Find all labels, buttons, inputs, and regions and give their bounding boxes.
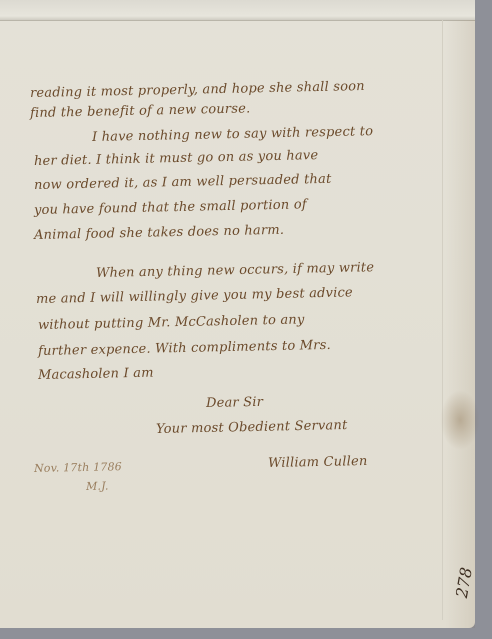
signature: William Cullen	[268, 454, 368, 471]
letter-line: her diet. I think it must go on as you h…	[34, 148, 319, 169]
closing-valediction: Your most Obedient Servant	[156, 418, 348, 437]
closing-salutation: Dear Sir	[206, 395, 263, 411]
letter-line: Macasholen I am	[38, 366, 154, 383]
date-line: Nov. 17th 1786	[34, 460, 122, 475]
letter-line: Animal food she takes does no harm.	[34, 223, 284, 243]
letter-line: without putting Mr. McCasholen to any	[38, 312, 305, 333]
letter-line: me and I will willingly give you my best…	[36, 285, 353, 307]
letter-line: further expence. With compliments to Mrs…	[38, 338, 331, 359]
letter-line: reading it most properly, and hope she s…	[30, 79, 365, 101]
letter-line: you have found that the small portion of	[34, 197, 307, 218]
letter-line: When any thing new occurs, if may write	[96, 260, 374, 281]
margin-rule	[442, 20, 443, 620]
manuscript-page: reading it most properly, and hope she s…	[0, 0, 475, 628]
letter-line: find the benefit of a new course.	[30, 101, 251, 121]
date-line-2: M.J.	[86, 480, 109, 493]
letter-line: now ordered it, as I am well persuaded t…	[34, 172, 332, 193]
letter-line: I have nothing new to say with respect t…	[92, 124, 374, 145]
page-fold	[0, 0, 475, 21]
edge-shading	[445, 20, 475, 628]
paper-stain	[440, 390, 480, 450]
